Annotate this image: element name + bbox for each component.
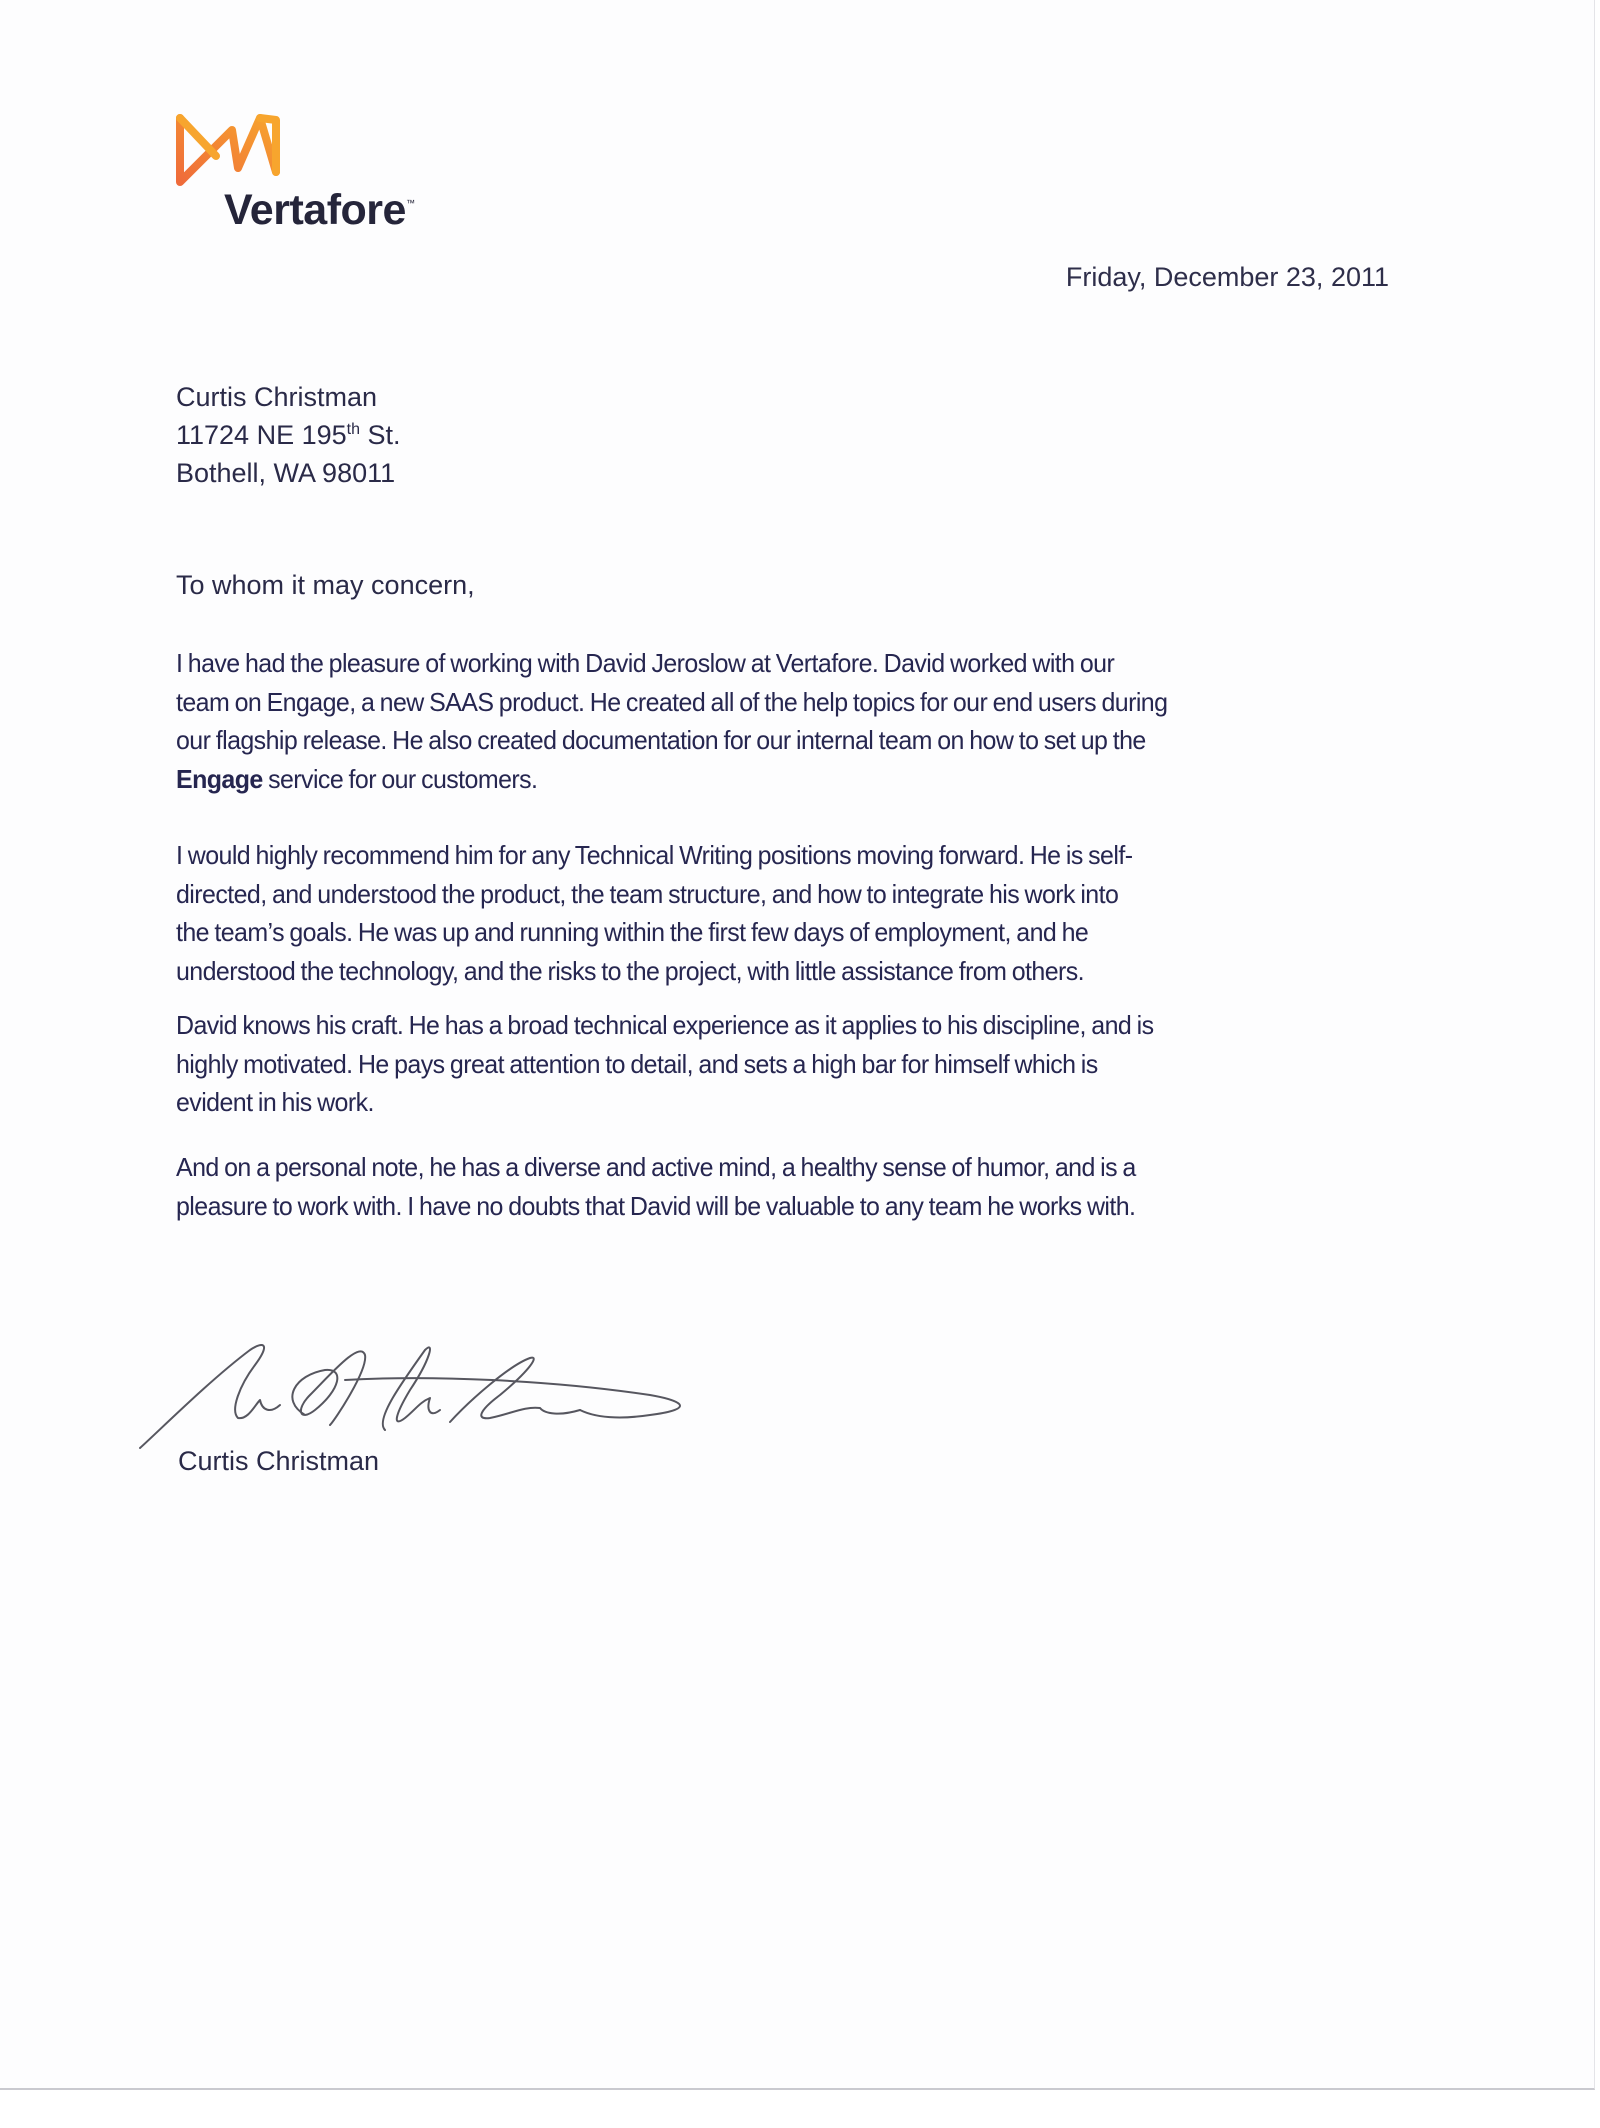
product-name-bold: Engage	[176, 764, 263, 794]
paragraph-3: David knows his craft. He has a broad te…	[176, 1006, 1154, 1122]
signatory-name: Curtis Christman	[178, 1446, 379, 1477]
recipient-street: 11724 NE 195th St.	[176, 416, 401, 454]
signature	[130, 1310, 770, 1465]
company-wordmark: Vertafore™	[224, 186, 414, 235]
letter-page: Vertafore™ Friday, December 23, 2011 Cur…	[0, 0, 1595, 2090]
salutation: To whom it may concern,	[176, 570, 475, 601]
recipient-address: Curtis Christman 11724 NE 195th St. Both…	[176, 378, 401, 492]
vertafore-mark-icon	[172, 110, 292, 190]
recipient-name: Curtis Christman	[176, 378, 401, 416]
paragraph-4: And on a personal note, he has a diverse…	[176, 1148, 1136, 1225]
paragraph-1: I have had the pleasure of working with …	[176, 644, 1167, 798]
recipient-city: Bothell, WA 98011	[176, 454, 401, 492]
company-logo: Vertafore™	[172, 110, 442, 240]
handwritten-signature-icon	[130, 1310, 770, 1460]
letter-date: Friday, December 23, 2011	[1066, 262, 1389, 293]
paragraph-2: I would highly recommend him for any Tec…	[176, 836, 1132, 990]
